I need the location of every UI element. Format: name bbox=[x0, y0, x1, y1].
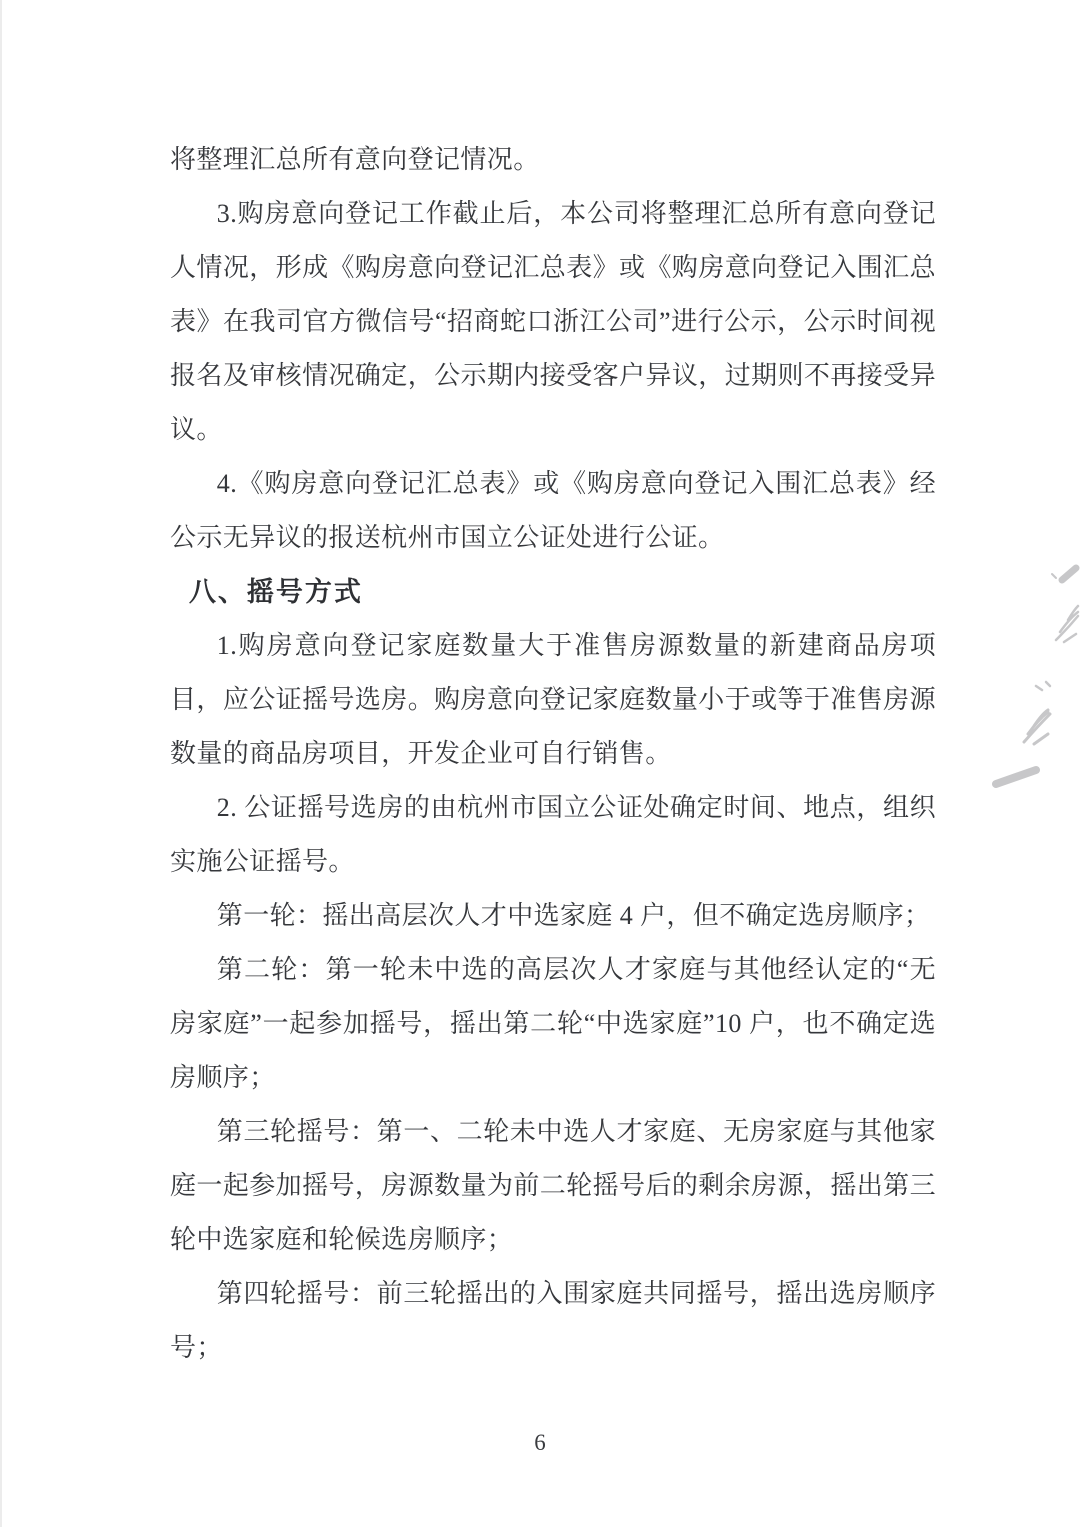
paragraph: 第三轮摇号：第一、二轮未中选人才家庭、无房家庭与其他家庭一起参加摇号，房源数量为… bbox=[170, 1105, 936, 1267]
handwritten-mark-artifact bbox=[990, 558, 1080, 803]
paragraph: 将整理汇总所有意向登记情况。 bbox=[170, 133, 936, 187]
paragraph: 第四轮摇号：前三轮摇出的入围家庭共同摇号，摇出选房顺序号； bbox=[170, 1267, 936, 1375]
paragraph: 2. 公证摇号选房的由杭州市国立公证处确定时间、地点，组织实施公证摇号。 bbox=[170, 781, 936, 889]
document-page: 将整理汇总所有意向登记情况。 3.购房意向登记工作截止后，本公司将整理汇总所有意… bbox=[0, 0, 1080, 1527]
paragraph: 第二轮：第一轮未中选的高层次人才家庭与其他经认定的“无房家庭”一起参加摇号，摇出… bbox=[170, 943, 936, 1105]
paragraph: 1.购房意向登记家庭数量大于准售房源数量的新建商品房项目，应公证摇号选房。购房意… bbox=[170, 619, 936, 781]
paragraph: 第一轮：摇出高层次人才中选家庭 4 户，但不确定选房顺序； bbox=[170, 889, 936, 943]
paragraph: 3.购房意向登记工作截止后，本公司将整理汇总所有意向登记人情况，形成《购房意向登… bbox=[170, 187, 936, 457]
body-text: 将整理汇总所有意向登记情况。 3.购房意向登记工作截止后，本公司将整理汇总所有意… bbox=[170, 133, 936, 1375]
paragraph: 4.《购房意向登记汇总表》或《购房意向登记入围汇总表》经公示无异议的报送杭州市国… bbox=[170, 457, 936, 565]
scan-edge-artifact bbox=[0, 0, 2, 1527]
page-number: 6 bbox=[0, 1430, 1080, 1456]
section-heading: 八、摇号方式 bbox=[170, 565, 936, 619]
